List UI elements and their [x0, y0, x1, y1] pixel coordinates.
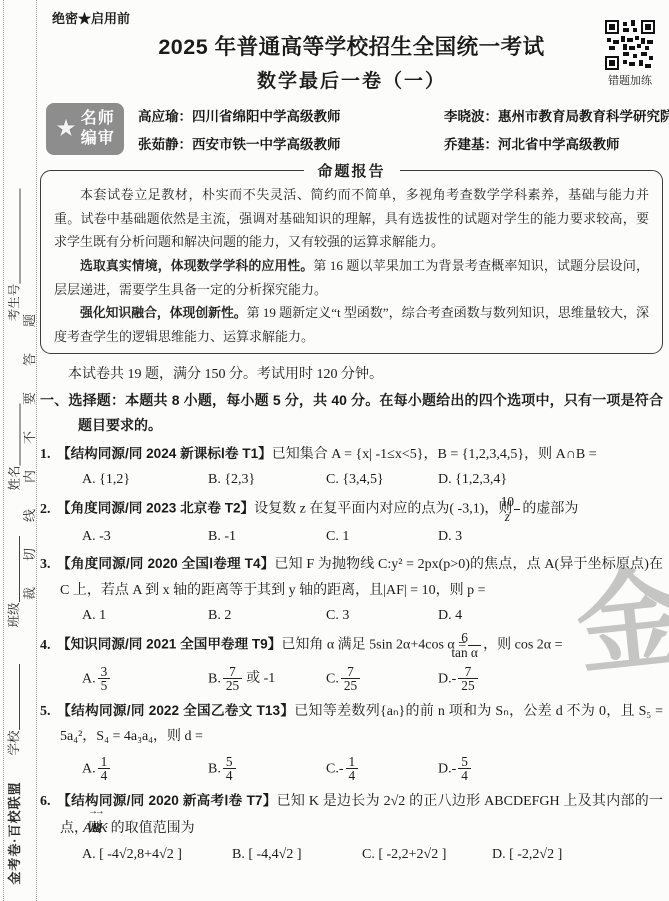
- question-3-options: A. 1 B. 2 C. 3 D. 4: [82, 603, 663, 628]
- fraction-numerator: 6: [468, 631, 481, 645]
- option-a: A. [ -4√2,8+4√2 ]: [82, 842, 232, 867]
- editor-name: 李晓波：: [444, 109, 498, 124]
- question-4-options: A.35 B.725或 -1 C.725 D.-725: [82, 660, 663, 696]
- editor-entry: 张茹静：西安市铁一中学高级教师: [138, 133, 444, 153]
- editor-name: 张茹静：: [138, 137, 192, 152]
- exam-meta: 本试卷共 19 题，满分 150 分。考试用时 120 分钟。: [40, 363, 663, 383]
- option-d: D. 3: [438, 524, 663, 549]
- school-field: 学校: [3, 645, 23, 775]
- question-2-options: A. -3 B. -1 C. 1 D. 3: [82, 524, 663, 549]
- option-label: B.: [208, 671, 221, 686]
- paper-subtitle: 数学最后一卷（一）: [40, 66, 663, 93]
- fraction: 14: [346, 755, 359, 783]
- question-1-number: 1.: [40, 447, 54, 462]
- fraction-denominator: tan α: [468, 645, 481, 660]
- brand-label: 金考卷·百校联盟: [3, 762, 23, 901]
- editor-name: 高应瑜：: [138, 109, 192, 124]
- question-4-number: 4.: [40, 638, 54, 653]
- question-5-tag: 【结构同源/同 2022 全国乙卷文 T13】: [57, 703, 294, 718]
- editor-entry: 李晓波：惠州市教育局教育科学研究院博士: [444, 105, 669, 125]
- editor-title: 惠州市教育局教育科学研究院博士: [498, 109, 669, 124]
- brand-text: 金考卷·百校联盟: [4, 781, 23, 884]
- option-d: D.-725: [438, 665, 663, 693]
- option-c: C.-14: [326, 755, 438, 783]
- question-6: 6. 【结构同源/同 2020 新高考Ⅰ卷 T7】已知 K 是边长为 2√2 的…: [40, 789, 663, 867]
- option-d: D.-54: [438, 755, 663, 783]
- option-c: C. {3,4,5}: [326, 467, 438, 492]
- qr-block: 错题加练: [599, 20, 661, 88]
- option-label: B.: [208, 761, 221, 776]
- security-notice: 绝密★启用前: [52, 8, 663, 27]
- option-a: A.14: [82, 755, 208, 783]
- fraction-denominator: 4: [458, 768, 471, 783]
- fraction-numerator: 7: [223, 665, 242, 679]
- option-c: C. 3: [326, 603, 438, 628]
- question-6-stem-post: 的取值范围为: [111, 821, 195, 836]
- editors-badge: ★ 名师编审: [46, 103, 124, 155]
- fraction-numerator: 5: [223, 755, 236, 769]
- question-6-options: A. [ -4√2,8+4√2 ] B. [ -4,4√2 ] C. [ -2,…: [82, 842, 663, 867]
- fraction-denominator: 5: [98, 678, 111, 693]
- proposition-report-box: 命题报告 本套试卷立足教材，朴实而不失灵活、简约而不简单，多视角考查数学学科素养…: [40, 170, 663, 354]
- fraction-denominator: 25: [458, 678, 477, 693]
- question-1: 1. 【结构同源/同 2024 新课标Ⅰ卷 T1】已知集合 A = {x| -1…: [40, 442, 663, 493]
- question-2-number: 2.: [40, 502, 54, 517]
- qr-code: [603, 20, 657, 70]
- option-b: B. 2: [208, 603, 326, 628]
- report-para-2: 选取真实情境，体现数学学科的应用性。第 16 题以苹果加工为背景考查概率知识，试…: [54, 254, 649, 301]
- option-b: B.725或 -1: [208, 665, 326, 693]
- main-content: 绝密★启用前 2025 年普通高等学校招生全国统一考试 数学最后一卷（一） ★ …: [40, 4, 663, 867]
- fraction-denominator: 4: [346, 768, 359, 783]
- option-label: D.: [438, 671, 452, 686]
- candidate-no-blank: [7, 189, 20, 284]
- editor-title: 四川省绵阳中学高级教师: [192, 109, 341, 124]
- question-4: 4. 【知识同源/同 2021 全国甲卷理 T9】已知角 α 满足 5sin 2…: [40, 631, 663, 695]
- section1-header: 一、选择题：本题共 8 小题，每小题 5 分，共 40 分。在每小题给出的四个选…: [40, 388, 663, 439]
- question-1-options: A. {1,2} B. {2,3} C. {3,4,5} D. {1,2,3,4…: [82, 467, 663, 492]
- option-label: A.: [82, 761, 96, 776]
- fraction-numerator: 7: [458, 665, 477, 679]
- option-d: D. [ -2,2√2 ]: [492, 842, 663, 867]
- editor-list: 高应瑜：四川省绵阳中学高级教师 李晓波：惠州市教育局教育科学研究院博士 张茹静：…: [138, 105, 669, 153]
- editors-section: ★ 名师编审 高应瑜：四川省绵阳中学高级教师 李晓波：惠州市教育局教育科学研究院…: [46, 103, 663, 155]
- option-a: A.35: [82, 665, 208, 693]
- editor-entry: 乔建基：河北省中学高级教师: [444, 133, 669, 153]
- option-b: B. [ -4,4√2 ]: [232, 842, 362, 867]
- badge-text: 名师编审: [81, 109, 115, 149]
- option-b: B. -1: [208, 524, 326, 549]
- fraction: 725: [458, 665, 477, 693]
- badge-line2: 编审: [81, 130, 115, 147]
- trim-notice: 裁切线内不要答题: [18, 274, 38, 614]
- fraction-denominator: 25: [341, 678, 360, 693]
- fraction-numerator: 1: [98, 755, 111, 769]
- option-sign: -: [452, 671, 457, 686]
- option-a: A. -3: [82, 524, 208, 549]
- question-3: 3. 【角度同源/同 2020 全国Ⅰ卷理 T4】已知 F 为抛物线 C:y² …: [40, 552, 663, 628]
- fraction: 35: [98, 665, 111, 693]
- fraction: 14: [98, 755, 111, 783]
- option-sign: -: [339, 761, 344, 776]
- fraction-numerator: 1: [346, 755, 359, 769]
- question-4-tag: 【知识同源/同 2021 全国甲卷理 T9】: [57, 637, 281, 652]
- option-label: A.: [82, 671, 96, 686]
- option-d: D. 4: [438, 603, 663, 628]
- report-para-1: 本套试卷立足教材，朴实而不失灵活、简约而不简单，多视角考查数学学科素养，基础与能…: [54, 183, 649, 254]
- question-3-number: 3.: [40, 557, 54, 572]
- option-c: C. 1: [326, 524, 438, 549]
- option-label: C.: [326, 671, 339, 686]
- report-para-3-lead: 强化知识融合，体现创新性。: [80, 305, 247, 320]
- question-4-stem-pre: 已知角 α 满足 5sin 2α+4cos α =: [281, 638, 466, 653]
- question-5: 5. 【结构同源/同 2022 全国乙卷文 T13】已知等差数列{aₙ}的前 n…: [40, 699, 663, 786]
- school-blank: [7, 665, 20, 731]
- fraction-denominator: 25: [223, 678, 242, 693]
- trim-notice-text: 裁切线内不要答题: [19, 288, 38, 600]
- fraction-denominator: z: [514, 509, 520, 524]
- option-d: D. {1,2,3,4}: [438, 467, 663, 492]
- option-a: A. {1,2}: [82, 467, 208, 492]
- paper-title: 2025 年普通高等学校招生全国统一考试: [40, 30, 663, 61]
- option-suffix: 或 -1: [246, 671, 275, 686]
- question-2-stem-post: 的虚部为: [522, 502, 578, 517]
- fraction: 10z: [514, 495, 520, 523]
- fraction: 54: [458, 755, 471, 783]
- option-c: C. [ -2,2+2√2 ]: [362, 842, 492, 867]
- fraction: 725: [223, 665, 242, 693]
- editor-title: 西安市铁一中学高级教师: [192, 137, 341, 152]
- fraction: 54: [223, 755, 236, 783]
- option-b: B.54: [208, 755, 326, 783]
- school-label: 学校: [4, 731, 22, 756]
- report-para-2-lead: 选取真实情境，体现数学学科的应用性。: [80, 258, 313, 273]
- question-6-number: 6.: [40, 794, 54, 809]
- qr-caption: 错题加练: [599, 72, 661, 88]
- option-label: C.: [326, 761, 339, 776]
- editor-name: 乔建基：: [444, 137, 498, 152]
- question-5-options: A.14 B.54 C.-14 D.-54: [82, 750, 663, 786]
- editor-title: 河北省中学高级教师: [498, 137, 620, 152]
- fraction: 725: [341, 665, 360, 693]
- question-2: 2. 【角度同源/同 2023 北京卷 T2】设复数 z 在复平面内对应的点为(…: [40, 495, 663, 549]
- fraction-numerator: 7: [341, 665, 360, 679]
- fraction-numerator: 10: [514, 495, 520, 509]
- question-2-stem-pre: 设复数 z 在复平面内对应的点为( -3,1)，则: [254, 502, 512, 517]
- fraction-numerator: 5: [458, 755, 471, 769]
- vector-ak-text: AK: [90, 821, 108, 836]
- option-c: C.725: [326, 665, 438, 693]
- question-3-tag: 【角度同源/同 2020 全国Ⅰ卷理 T4】: [57, 556, 274, 571]
- fraction-denominator: 4: [223, 768, 236, 783]
- option-a: A. 1: [82, 603, 208, 628]
- question-1-stem: 已知集合 A = {x| -1≤x<5}，B = {1,2,3,4,5}，则 A…: [272, 447, 597, 462]
- report-para-3: 强化知识融合，体现创新性。第 19 题新定义“t 型函数”，综合考查函数与数列知…: [54, 301, 649, 348]
- badge-line1: 名师: [81, 110, 115, 127]
- question-2-tag: 【角度同源/同 2023 北京卷 T2】: [57, 501, 254, 516]
- fraction: 6tan α: [468, 631, 481, 659]
- option-label: D.: [438, 761, 452, 776]
- question-1-tag: 【结构同源/同 2024 新课标Ⅰ卷 T1】: [57, 446, 272, 461]
- star-icon: ★: [55, 117, 77, 141]
- editor-entry: 高应瑜：四川省绵阳中学高级教师: [138, 105, 444, 125]
- question-4-stem-post: ，则 cos 2α =: [483, 638, 562, 653]
- exam-paper-page: 考生号 姓名 班级 学校 金考卷·百校联盟 裁切线内不要答题: [0, 0, 669, 901]
- report-title: 命题报告: [303, 160, 399, 181]
- option-b: B. {2,3}: [208, 467, 326, 492]
- fraction-numerator: 3: [98, 665, 111, 679]
- fraction-denominator: 4: [98, 768, 111, 783]
- question-5-number: 5.: [40, 704, 54, 719]
- option-sign: -: [452, 761, 457, 776]
